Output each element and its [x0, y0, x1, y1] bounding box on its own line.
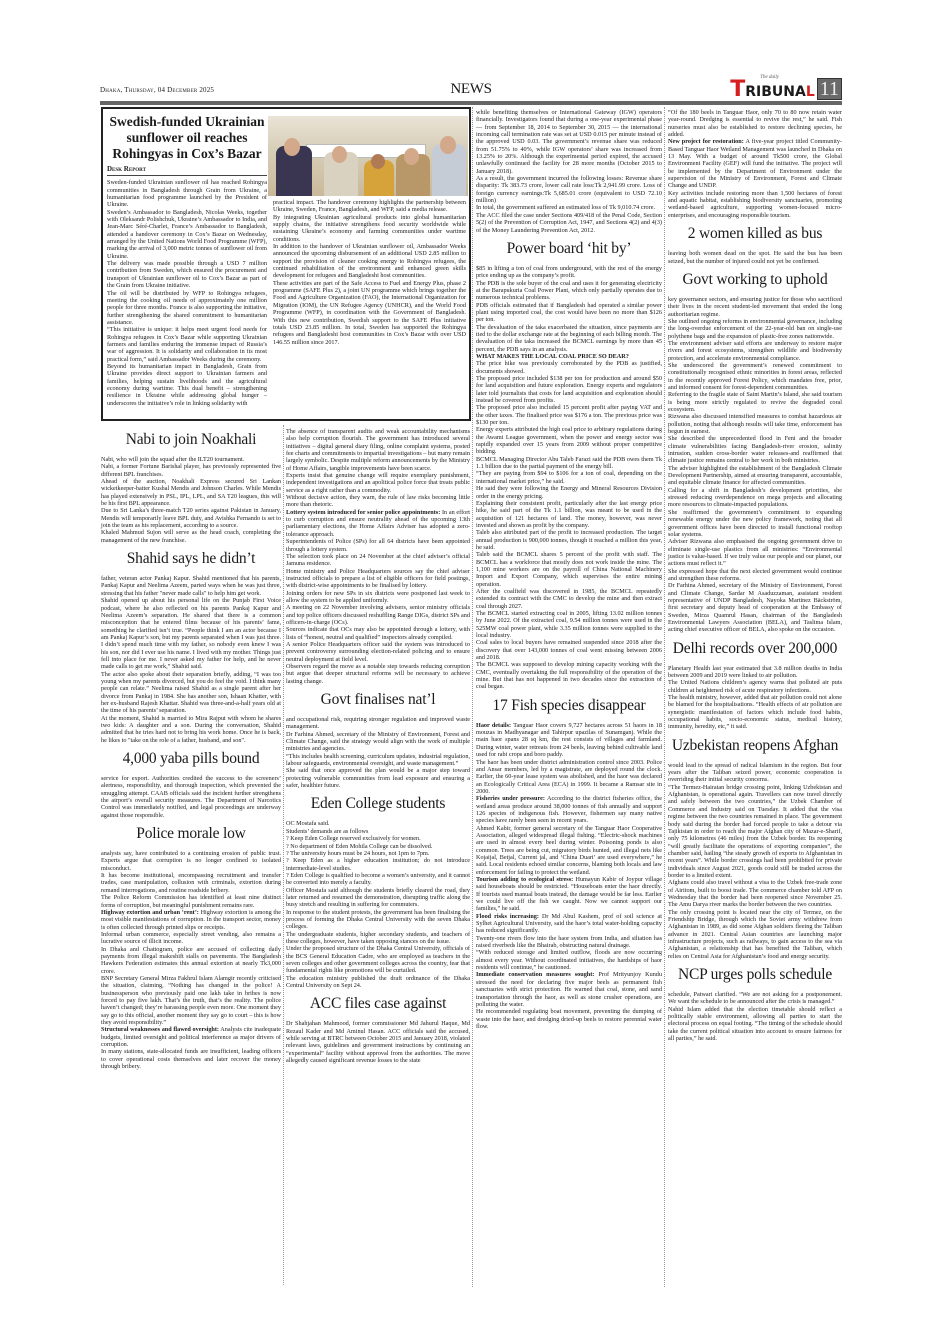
paragraph: “With reduced storage and limited outflo… — [476, 949, 662, 971]
logo-l: L — [806, 85, 815, 99]
paragraph: The PDB is the sole buyer of the coal an… — [476, 280, 662, 302]
paragraph: As a result, the government incurred the… — [476, 175, 662, 204]
paragraph: Calling for a shift in Bangladesh’s deve… — [668, 487, 842, 509]
headline-police[interactable]: Police morale low — [101, 825, 281, 843]
photo-head — [404, 148, 419, 165]
paragraph: She reaffirmed the government’s commitme… — [668, 509, 842, 538]
paragraph: Dr Farhina Ahmed, secretary of the Minis… — [668, 582, 842, 633]
paragraph: Energy experts attributed the high coal … — [476, 426, 662, 455]
paragraph: The education ministry published the dra… — [286, 975, 470, 990]
headline-shahid[interactable]: Shahid says he didn’t — [101, 550, 281, 568]
paragraph: Nabi, who will join the squad after the … — [101, 456, 281, 463]
newspaper-logo[interactable]: The daily T RIBUNA L 11 — [730, 78, 842, 100]
paragraph: schedule, Patwari clarified. “We are not… — [668, 991, 842, 1006]
subhead: Fisheries under pressure: — [476, 795, 545, 802]
list-item: ? Keep Eden as a higher education instit… — [286, 857, 470, 872]
subhead: Immediate conservation measures sought: — [476, 971, 594, 978]
paragraph: The adviser highlighted the establishmen… — [668, 465, 842, 487]
headline-sunflower[interactable]: Swedish-funded Ukrainian sunflower oil r… — [109, 114, 265, 162]
column-2: The absence of transparent audits and we… — [286, 428, 470, 1064]
column-divider — [472, 107, 473, 1287]
paragraph: She described the unprecedented flood in… — [668, 435, 842, 464]
logo-name: RIBUNA — [745, 85, 806, 99]
paragraph: “They are paying from $94 to $106 for a … — [476, 470, 662, 485]
paragraph: Beyond its humanitarian impact in Bangla… — [107, 363, 267, 407]
paragraph: practical impact. The handover ceremony … — [273, 199, 466, 214]
paragraph: He recommended regulating boat movement,… — [476, 1008, 662, 1030]
paragraph: It has become institutional, encompassin… — [101, 872, 281, 894]
column-3: while benefiting themselves or Internati… — [476, 109, 662, 1030]
headline-bus[interactable]: 2 women killed as bus — [668, 225, 842, 243]
paragraph: A meeting on 22 November involving advis… — [286, 604, 470, 626]
paragraph: BCMCL Managing Director Abu Taleb Farazi… — [476, 456, 662, 471]
paragraph: Without decisive action, they warn, the … — [286, 494, 470, 509]
lead-story-col1: Swedish-funded Ukrainian sunflower oil r… — [107, 109, 267, 407]
paragraph: In response to the student protests, the… — [286, 909, 470, 931]
paragraph: Twenty-one rivers flow into the haor sys… — [476, 935, 662, 950]
paragraph: The actor also spoke about their separat… — [101, 671, 281, 715]
paragraph: In total, the government suffered an est… — [476, 204, 662, 211]
paragraph: Nahid Islam added that the election time… — [668, 1006, 842, 1043]
photo-head — [440, 136, 456, 154]
paragraph: The undergraduate students, higher secon… — [286, 931, 470, 946]
subhead: Highway extortion and urban ‘rent’: — [101, 909, 199, 916]
paragraph: In Dhaka and Chattogram, police are accu… — [101, 946, 281, 975]
paragraph: The BCMCL started extracting coal in 200… — [476, 610, 662, 639]
headline-eden[interactable]: Eden College students — [286, 795, 470, 813]
paragraph: The ACC filed the case under Sections 40… — [476, 212, 662, 234]
paragraph: Khaled Mahmud Sujon will serve as the he… — [101, 529, 281, 544]
paragraph: Tourism adding to ecological stress: Hum… — [476, 876, 662, 913]
headline-power-board[interactable]: Power board ‘hit by’ — [476, 240, 662, 258]
headline-nabi[interactable]: Nabi to join Noakhali — [101, 431, 281, 449]
paragraph: He said they were following the Energy a… — [476, 485, 662, 500]
masthead: Dhaka, Thursday, 04 December 2025 NEWS T… — [100, 78, 842, 102]
paragraph: Key activities include restoring more th… — [668, 190, 842, 219]
subhead: WHAT MAKES THE LOCAL COAL PRICE SO DEAR? — [476, 353, 662, 360]
paragraph: “This initiative is unique: it helps mee… — [107, 326, 267, 363]
paragraph: The health ministry, however, added that… — [668, 694, 842, 731]
paragraph: while benefiting themselves or Internati… — [476, 109, 662, 175]
paragraph: The proposed price also included 15 perc… — [476, 404, 662, 426]
paragraph: The proposed price included $138 per ton… — [476, 375, 662, 404]
paragraph: OC Mostafa said. — [286, 820, 470, 827]
paragraph-text: A five-year project titled Community-Bas… — [668, 138, 842, 189]
paragraph: Shahid opened up about his personal life… — [101, 597, 281, 670]
headline-delhi[interactable]: Delhi records over 200,000 — [668, 640, 842, 658]
subhead: Structural weaknesses and flawed oversig… — [101, 1026, 219, 1033]
headline-acc[interactable]: ACC files case against — [286, 995, 470, 1013]
paragraph: Coal sales to local buyers have remained… — [476, 639, 662, 661]
paragraph: “The Termez-Hairatan bridge crossing poi… — [668, 784, 842, 879]
paragraph: A senior Police Headquarters officer sai… — [286, 641, 470, 663]
paragraph: In addition to the handover of Ukrainian… — [273, 243, 466, 280]
paragraph: Sources indicate that OCs may also be ap… — [286, 626, 470, 641]
paragraph: would lead to the spread of radical Isla… — [668, 762, 842, 784]
headline-yaba[interactable]: 4,000 yaba pills bound — [101, 750, 281, 768]
paragraph: By integrating Ukrainian agricultural pr… — [273, 214, 466, 243]
paragraph: She underscored the government’s renewed… — [668, 362, 842, 391]
subhead: Haor details: — [476, 722, 511, 729]
paragraph: Due to Sri Lanka’s three-match T20 serie… — [101, 507, 281, 529]
paragraph: Informal urban commerce, especially stre… — [101, 931, 281, 946]
headline-uphold[interactable]: Govt working to uphold — [668, 271, 842, 289]
paragraph: Afghans could also travel without a visa… — [668, 879, 842, 908]
paragraph: After the coalfield was discovered in 19… — [476, 588, 662, 610]
paragraph: She said that once approved the plan wou… — [286, 767, 470, 789]
paragraph: Observers regard the move as a notable s… — [286, 663, 470, 685]
paragraph: Home ministry and Police Headquarters so… — [286, 568, 470, 590]
paragraph: Joining orders for new SPs in six distri… — [286, 590, 470, 605]
paragraph: Experts insist that genuine change will … — [286, 472, 470, 494]
paragraph: Dr Farhina Ahmed, secretary of the Minis… — [286, 731, 470, 753]
paragraph: Under the proposed structure of the Dhak… — [286, 945, 470, 974]
paragraph: father, veteran actor Pankaj Kapur. Shah… — [101, 575, 281, 597]
paragraph: Dr Shahjahan Mahmood, former commissione… — [286, 1020, 470, 1064]
photo-head — [371, 154, 385, 169]
subhead: Lottery system introduced for senior pol… — [286, 509, 440, 516]
subhead: Flood risks increasing: — [476, 913, 539, 920]
paragraph: Adviser Rizwana also emphasised the ongo… — [668, 538, 842, 567]
paragraph: Rizwana also discussed intensified measu… — [668, 413, 842, 435]
logo-t: T — [730, 80, 745, 100]
paragraph: Nabi, a former Fortune Barishal player, … — [101, 463, 281, 478]
paragraph: Immediate conservation measures sought: … — [476, 971, 662, 1008]
paragraph: Superintendents of Police (SPs) for all … — [286, 538, 470, 553]
paragraph: Sweden’s Ambassador to Bangladesh, Nicol… — [107, 209, 267, 260]
paragraph: leaving both women dead on the spot. He … — [668, 250, 842, 265]
paragraph: analysts say, have contributed to a cont… — [101, 850, 281, 872]
paragraph: Structural weaknesses and flawed oversig… — [101, 1026, 281, 1048]
paragraph: The devaluation of the taka exacerbated … — [476, 324, 662, 353]
paragraph: Sweden-funded Ukrainian sunflower oil ha… — [107, 179, 267, 208]
page-number: 11 — [817, 78, 842, 100]
paragraph: Ahead of the auction, Noakhali Express s… — [101, 478, 281, 507]
paragraph: New project for restoration: A five-year… — [668, 138, 842, 189]
paragraph: service for export. Authorities credited… — [101, 775, 281, 819]
paragraph: Fisheries under pressure: According to t… — [476, 795, 662, 824]
column-divider — [283, 425, 284, 1285]
paragraph: Taleb also attributed part of the profit… — [476, 529, 662, 551]
paragraph: key governance sectors, and ensuring jus… — [668, 296, 842, 318]
paragraph: The only crossing point is located near … — [668, 909, 842, 960]
list-item: ? Keep Eden College reserved exclusively… — [286, 835, 470, 842]
paragraph: In many stations, state-allocated funds … — [101, 1048, 281, 1070]
paragraph: PDB officials estimated that if Banglade… — [476, 302, 662, 324]
subhead: Tourism adding to ecological stress: — [476, 876, 573, 883]
header-rule — [100, 101, 842, 105]
paragraph: Highway extortion and urban ‘rent’: High… — [101, 909, 281, 931]
paragraph: The environment adviser said efforts are… — [668, 340, 842, 362]
subhead: New project for restoration: — [668, 138, 744, 145]
paragraph: These activities are part of the Safe Ac… — [273, 280, 466, 346]
paragraph: Lottery system introduced for senior pol… — [286, 509, 470, 538]
paragraph: Explaining their consistent profit, part… — [476, 500, 662, 529]
paragraph: $85 in lifting a ton of coal from underg… — [476, 265, 662, 280]
photo-head — [284, 138, 300, 156]
paragraph: The oil will be distributed by WFP to Ro… — [107, 290, 267, 327]
paragraph: The selection took place on 24 November … — [286, 553, 470, 568]
paragraph: The Police Reform Commission has identif… — [101, 894, 281, 909]
paragraph: “This includes health screening, curricu… — [286, 753, 470, 768]
byline: Desk Report — [107, 166, 267, 176]
paragraph: Officer Mostafa said although the studen… — [286, 887, 470, 909]
paragraph: The BCMCL was supposed to develop mining… — [476, 661, 662, 690]
paragraph: The haor has been under district adminis… — [476, 759, 662, 796]
paragraph: She expressed hope that the next elected… — [668, 568, 842, 583]
headline-uzbek[interactable]: Uzbekistan reopens Afghan — [668, 737, 842, 755]
paragraph: Students’ demands are as follows — [286, 828, 470, 835]
lead-photo-ceremony[interactable] — [268, 116, 468, 196]
paragraph: Haor details: Tanguar Haor covers 9,727 … — [476, 722, 662, 759]
list-item: ? No department of Eden Mohila College c… — [286, 843, 470, 850]
headline-ncp[interactable]: NCP urges polls schedule — [668, 966, 842, 984]
paragraph: “Of the 180 beels in Tanguar Haor, only … — [668, 109, 842, 138]
paragraph: BNP Secretary General Mirza Fakhrul Isla… — [101, 975, 281, 1026]
paragraph: Flood risks increasing: Dr Md Abul Kashe… — [476, 913, 662, 935]
lead-story-col2: practical impact. The handover ceremony … — [273, 199, 466, 346]
paragraph: Referring to the fragile state of Saint … — [668, 391, 842, 413]
paragraph: Ahmed Kabir, former general secretary of… — [476, 825, 662, 876]
logo-tagline: The daily — [760, 75, 779, 80]
paragraph: She outlined ongoing reforms in environm… — [668, 318, 842, 340]
paragraph: The absence of transparent audits and we… — [286, 428, 470, 472]
list-item: ? Eden College is qualified to become a … — [286, 872, 470, 887]
paragraph: The United Nations children’s agency war… — [668, 679, 842, 694]
headline-fish[interactable]: 17 Fish species disappear — [476, 697, 662, 715]
paragraph: Taleb said the BCMCL shares 5 percent of… — [476, 551, 662, 588]
paragraph: Planetary Health last year estimated tha… — [668, 665, 842, 680]
column-4: “Of the 180 beels in Tanguar Haor, only … — [668, 109, 842, 1042]
paragraph: and occupational risk, requiring stronge… — [286, 716, 470, 731]
column-divider — [664, 107, 665, 1287]
paragraph: At the moment, Shahid is married to Mira… — [101, 715, 281, 744]
headline-govt-finalises[interactable]: Govt finalises nat’l — [286, 691, 470, 709]
list-item: ? The university hours must be 24 hours,… — [286, 850, 470, 857]
paragraph: The price hike was previously corroborat… — [476, 360, 662, 375]
paragraph: The delivery was made possible through a… — [107, 260, 267, 289]
lead-story-box: Swedish-funded Ukrainian sunflower oil r… — [101, 107, 471, 421]
photo-head — [332, 146, 347, 163]
column-1: Nabi to join Noakhali Nabi, who will joi… — [101, 425, 281, 1070]
